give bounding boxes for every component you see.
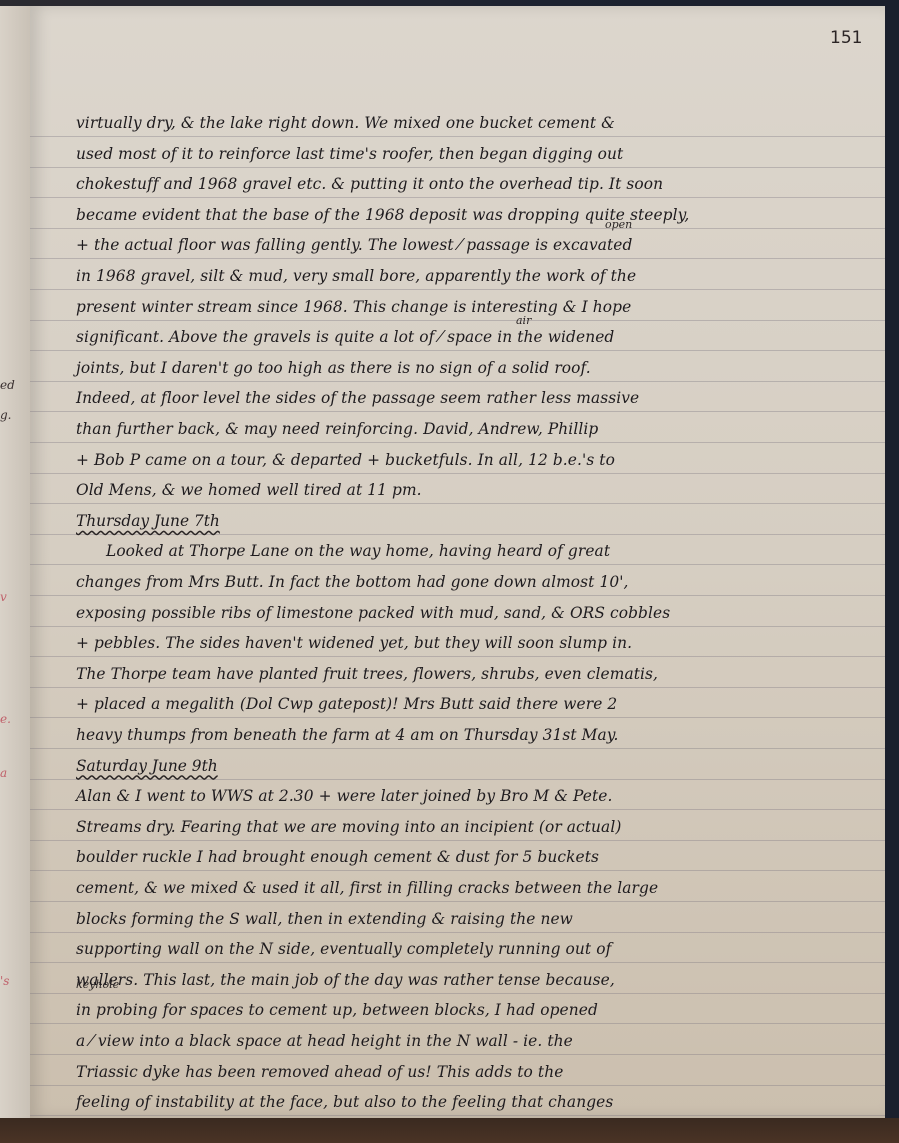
text-line: Alan & I went to WWS at 2.30 + were late… bbox=[76, 787, 876, 805]
ruled-line bbox=[30, 473, 885, 474]
ruled-line bbox=[30, 136, 885, 137]
ruled-line bbox=[30, 870, 885, 871]
facing-page-edge: ed g. v e. a 's bbox=[0, 6, 31, 1118]
ruled-line bbox=[30, 167, 885, 168]
text-line: used most of it to reinforce last time's… bbox=[76, 145, 876, 163]
ruled-line bbox=[30, 1085, 885, 1086]
text-line: boulder ruckle I had brought enough ceme… bbox=[76, 848, 876, 866]
ruled-line bbox=[30, 289, 885, 290]
text-line: in probing for spaces to cement up, betw… bbox=[76, 1001, 876, 1019]
ruled-line bbox=[30, 595, 885, 596]
text-line: wallers. This last, the main job of the … bbox=[76, 971, 876, 989]
text-line: exposing possible ribs of limestone pack… bbox=[76, 604, 876, 622]
text-line: present winter stream since 1968. This c… bbox=[76, 298, 876, 316]
text-line: changes from Mrs Butt. In fact the botto… bbox=[76, 573, 876, 591]
table-surface bbox=[0, 1118, 899, 1143]
ruled-line bbox=[30, 1115, 885, 1116]
page-number: 151 bbox=[830, 28, 862, 48]
ruled-line bbox=[30, 258, 885, 259]
ruled-line bbox=[30, 687, 885, 688]
text-line: + Bob P came on a tour, & departed + buc… bbox=[76, 451, 876, 469]
text-line: + pebbles. The sides haven't widened yet… bbox=[76, 634, 876, 652]
text-line: + placed a megalith (Dol Cwp gatepost)! … bbox=[76, 695, 876, 713]
ruled-line bbox=[30, 748, 885, 749]
ruled-line bbox=[30, 1054, 885, 1055]
entry-date-heading: Saturday June 9th bbox=[76, 757, 218, 775]
text-line: cement, & we mixed & used it all, first … bbox=[76, 879, 876, 897]
ruled-line bbox=[30, 228, 885, 229]
ruled-line bbox=[30, 962, 885, 963]
text-line: virtually dry, & the lake right down. We… bbox=[76, 114, 876, 132]
entry-date-heading: Thursday June 7th bbox=[76, 512, 220, 530]
text-line: Triassic dyke has been removed ahead of … bbox=[76, 1063, 876, 1081]
ruled-line bbox=[30, 411, 885, 412]
notebook-page: 151 open air keyhole virtually dry, & th… bbox=[30, 6, 885, 1118]
margin-fragment: e. bbox=[0, 712, 11, 726]
margin-fragment: a bbox=[0, 766, 7, 780]
ruled-line bbox=[30, 840, 885, 841]
ruled-line bbox=[30, 381, 885, 382]
text-line: The Thorpe team have planted fruit trees… bbox=[76, 665, 876, 683]
ruled-line bbox=[30, 197, 885, 198]
ruled-line bbox=[30, 626, 885, 627]
text-line: Streams dry. Fearing that we are moving … bbox=[76, 818, 876, 836]
ruled-line bbox=[30, 717, 885, 718]
ruled-line bbox=[30, 320, 885, 321]
margin-fragment: ed bbox=[0, 378, 15, 392]
text-line: Indeed, at floor level the sides of the … bbox=[76, 389, 876, 407]
ruled-line bbox=[30, 809, 885, 810]
insertion-air: air bbox=[516, 314, 531, 327]
text-line: feeling of instability at the face, but … bbox=[76, 1093, 876, 1111]
ruled-line bbox=[30, 656, 885, 657]
ruled-line bbox=[30, 993, 885, 994]
ruled-line bbox=[30, 779, 885, 780]
ruled-line bbox=[30, 1023, 885, 1024]
ruled-line bbox=[30, 350, 885, 351]
text-line: joints, but I daren't go too high as the… bbox=[76, 359, 876, 377]
text-line: Old Mens, & we homed well tired at 11 pm… bbox=[76, 481, 876, 499]
text-line: than further back, & may need reinforcin… bbox=[76, 420, 876, 438]
text-line: supporting wall on the N side, eventuall… bbox=[76, 940, 876, 958]
margin-fragment: v bbox=[0, 590, 7, 604]
text-line: Looked at Thorpe Lane on the way home, h… bbox=[106, 542, 899, 560]
ruled-line bbox=[30, 442, 885, 443]
ruled-line bbox=[30, 534, 885, 535]
ruled-line bbox=[30, 503, 885, 504]
text-line: heavy thumps from beneath the farm at 4 … bbox=[76, 726, 876, 744]
margin-fragment: g. bbox=[0, 408, 12, 422]
text-line: + the actual floor was falling gently. T… bbox=[76, 236, 876, 254]
text-line: in 1968 gravel, silt & mud, very small b… bbox=[76, 267, 876, 285]
margin-fragment: 's bbox=[0, 974, 9, 988]
text-line: significant. Above the gravels is quite … bbox=[76, 328, 876, 346]
ruled-line bbox=[30, 564, 885, 565]
text-line: blocks forming the S wall, then in exten… bbox=[76, 910, 876, 928]
text-line: a ⁄ view into a black space at head heig… bbox=[76, 1032, 876, 1050]
text-line: became evident that the base of the 1968… bbox=[76, 206, 876, 224]
text-line: chokestuff and 1968 gravel etc. & puttin… bbox=[76, 175, 876, 193]
ruled-line bbox=[30, 932, 885, 933]
ruled-line bbox=[30, 901, 885, 902]
